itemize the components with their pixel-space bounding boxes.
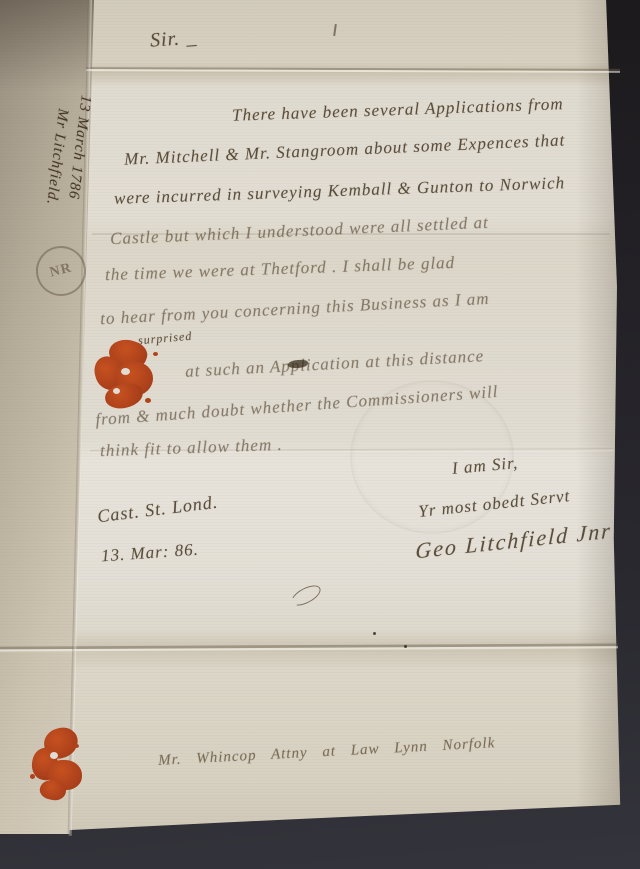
ink-dot xyxy=(404,645,407,648)
ink-dot xyxy=(373,632,376,635)
letter-photograph: 13 March 1786 Mr Litchfield. NR Sir. _ T… xyxy=(0,0,640,869)
wax-seal-lower xyxy=(28,728,90,804)
wax-seal-upper xyxy=(95,338,165,412)
salutation: Sir. _ xyxy=(149,26,198,52)
postmark-letters: NR xyxy=(48,261,73,282)
